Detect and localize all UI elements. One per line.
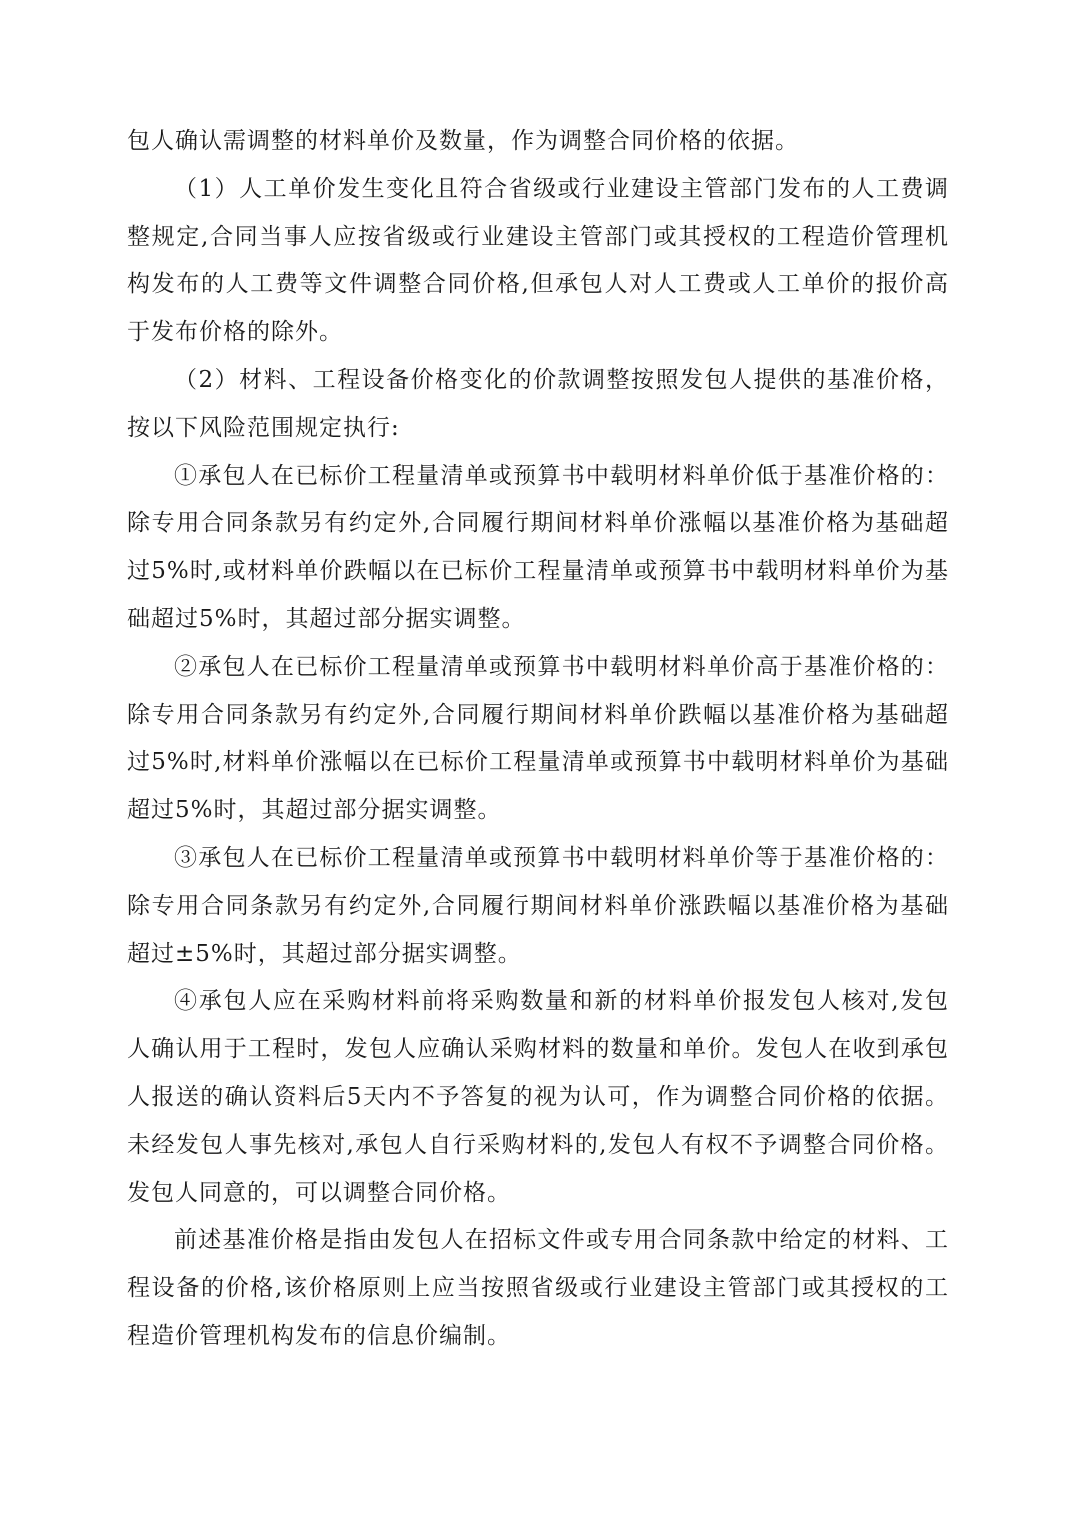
text-line: ③承包人在已标价工程量清单或预算书中载明材料单价等于基准价格的： (127, 835, 949, 883)
text-line: 人报送的确认资料后5天内不予答复的视为认可，作为调整合同价格的依据。 (127, 1074, 949, 1122)
text-line: 人确认用于工程时，发包人应确认采购材料的数量和单价。发包人在收到承包 (127, 1026, 949, 1074)
text-line: （1）人工单价发生变化且符合省级或行业建设主管部门发布的人工费调 (127, 166, 949, 214)
text-line: 构发布的人工费等文件调整合同价格,但承包人对人工费或人工单价的报价高 (127, 261, 949, 309)
text-line: 超过±5%时，其超过部分据实调整。 (127, 931, 949, 979)
text-line: 程设备的价格,该价格原则上应当按照省级或行业建设主管部门或其授权的工 (127, 1265, 949, 1313)
text-line: 础超过5%时，其超过部分据实调整。 (127, 596, 949, 644)
text-line: 未经发包人事先核对,承包人自行采购材料的,发包人有权不予调整合同价格。 (127, 1122, 949, 1170)
text-line: 包人确认需调整的材料单价及数量，作为调整合同价格的依据。 (127, 118, 949, 166)
text-line: 除专用合同条款另有约定外,合同履行期间材料单价涨幅以基准价格为基础超 (127, 500, 949, 548)
text-line: 前述基准价格是指由发包人在招标文件或专用合同条款中给定的材料、工 (127, 1217, 949, 1265)
text-line: 过5%时,或材料单价跌幅以在已标价工程量清单或预算书中载明材料单价为基 (127, 548, 949, 596)
text-line: 发包人同意的，可以调整合同价格。 (127, 1170, 949, 1218)
text-line: ②承包人在已标价工程量清单或预算书中载明材料单价高于基准价格的： (127, 644, 949, 692)
text-line: 超过5%时，其超过部分据实调整。 (127, 787, 949, 835)
text-line: 于发布价格的除外。 (127, 309, 949, 357)
text-line: 除专用合同条款另有约定外,合同履行期间材料单价涨跌幅以基准价格为基础 (127, 883, 949, 931)
text-line: 程造价管理机构发布的信息价编制。 (127, 1313, 949, 1361)
document-text-block: 包人确认需调整的材料单价及数量，作为调整合同价格的依据。 （1）人工单价发生变化… (127, 118, 949, 1361)
text-line: 整规定,合同当事人应按省级或行业建设主管部门或其授权的工程造价管理机 (127, 214, 949, 262)
text-line: ①承包人在已标价工程量清单或预算书中载明材料单价低于基准价格的： (127, 453, 949, 501)
text-line: 过5%时,材料单价涨幅以在已标价工程量清单或预算书中载明材料单价为基础 (127, 739, 949, 787)
text-line: （2）材料、工程设备价格变化的价款调整按照发包人提供的基准价格， (127, 357, 949, 405)
text-line: 按以下风险范围规定执行: (127, 405, 949, 453)
document-page: 包人确认需调整的材料单价及数量，作为调整合同价格的依据。 （1）人工单价发生变化… (0, 0, 1074, 1520)
text-line: ④承包人应在采购材料前将采购数量和新的材料单价报发包人核对,发包 (127, 978, 949, 1026)
text-line: 除专用合同条款另有约定外,合同履行期间材料单价跌幅以基准价格为基础超 (127, 692, 949, 740)
